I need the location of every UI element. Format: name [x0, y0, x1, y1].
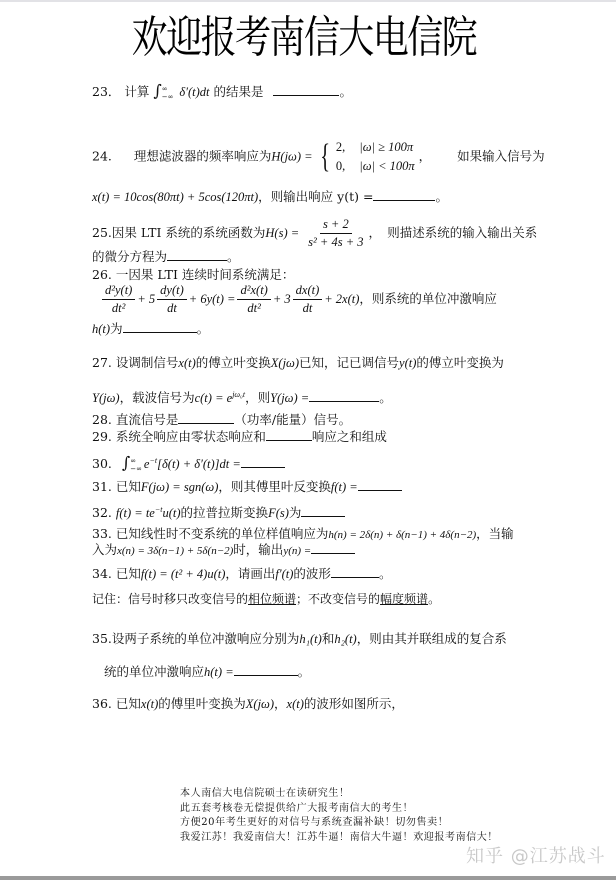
question-text: ，则系统的单位冲激响应	[359, 291, 497, 306]
math-expression: δ′(t)dt	[179, 85, 209, 99]
answer-blank[interactable]	[266, 428, 312, 441]
question-text: 的傅里叶变换为	[158, 696, 246, 711]
question-text: 设两子系统的单位冲激响应分别为	[112, 631, 300, 646]
question-number: 24.	[92, 149, 112, 164]
punctuation: 。	[298, 664, 311, 679]
answer-blank[interactable]	[301, 504, 345, 517]
question-text: 直流信号是	[116, 412, 179, 427]
integral-limits: ∞−∞	[162, 85, 174, 101]
question-text: 的结果是	[213, 84, 263, 99]
question-text: 已知	[116, 566, 141, 581]
question-30: 30. ∫∞−∞e−t[δ(t) + δ′(t)]dt =	[92, 452, 285, 473]
question-text: 为	[110, 321, 123, 336]
question-text: 已知	[116, 479, 141, 494]
top-border	[0, 0, 616, 2]
question-text: 设调制信号	[116, 355, 179, 370]
question-text: 为	[289, 505, 302, 520]
question-31: 31. 已知F(jω) = sgn(ω)，则其傅里叶反变换f(t) =	[92, 478, 402, 496]
question-26: 26. 一因果 LTI 连续时间系统满足：	[92, 266, 294, 284]
question-number: 34.	[92, 566, 112, 581]
question-number: 30.	[92, 456, 112, 471]
answer-blank[interactable]	[358, 478, 402, 491]
answer-blank[interactable]	[311, 541, 355, 554]
punctuation: 。	[379, 390, 392, 405]
question-35: 35.设两子系统的单位冲激响应分别为h₁(t)和h₂(t)，则由其并联组成的复合…	[92, 630, 507, 648]
question-24-line-2: x(t) = 10cos(80πt) + 5cos(120πt)，则输出响应 y…	[92, 188, 448, 206]
question-text: 已知线性时不变系统的单位样值响应为	[116, 526, 329, 541]
piecewise-definition: { 2,|ω| ≥ 100π 0,|ω| < 100π	[317, 138, 415, 176]
answer-blank[interactable]	[234, 663, 298, 676]
question-number: 32.	[92, 505, 112, 520]
question-number: 36.	[92, 696, 112, 711]
question-number: 23．	[92, 84, 120, 99]
question-text: 的微分方程为	[92, 249, 167, 264]
question-35-line-2: 统的单位冲激响应h(t) =。	[104, 663, 310, 681]
question-number: 31.	[92, 479, 112, 494]
punctuation: 。	[227, 249, 240, 264]
bottom-border	[0, 876, 616, 880]
question-text: 理想滤波器的频率响应为	[134, 149, 272, 164]
answer-blank[interactable]	[241, 455, 285, 468]
underlined-term-magnitude-spectrum: 幅度频谱	[380, 592, 428, 606]
question-number: 29.	[92, 429, 112, 444]
underlined-term-phase-spectrum: 相位频谱	[248, 592, 296, 606]
question-text: ，则	[245, 390, 270, 405]
answer-blank[interactable]	[167, 248, 227, 261]
question-number: 26.	[92, 267, 112, 282]
question-25-line-2: 的微分方程为。	[92, 248, 240, 266]
question-27-line-2: Y(jω)，载波信号为c(t) = ejω₀t，则Y(jω) =。	[92, 386, 392, 407]
integral-sign: ∫	[153, 81, 161, 100]
question-26-equation: d²y(t)dt²+ 5dy(t)dt+ 6y(t) =d²x(t)dt²+ 3…	[100, 283, 497, 316]
transfer-function-fraction: s + 2s² + 4s + 3	[305, 217, 366, 250]
page-title: 欢迎报考南信大电信院	[51, 8, 556, 68]
question-text: 和	[322, 631, 335, 646]
question-text: 统的单位冲激响应	[104, 664, 204, 679]
answer-blank[interactable]	[123, 320, 197, 333]
question-text: 已知，记已调信号	[299, 355, 399, 370]
footer-line: 本人南信大电信院硕士在读研究生！	[180, 787, 498, 802]
footer-line: 方便20年考生更好的对信号与系统查漏补缺！切勿售卖！	[180, 816, 498, 831]
question-text: 一因果 LTI 连续时间系统满足：	[116, 267, 295, 282]
question-text: 入为	[92, 542, 117, 557]
note-text: 记住：信号时移只改变信号的	[92, 592, 248, 606]
question-text: （功率/能量）信号。	[234, 412, 351, 427]
question-23: 23． 计算 ∫∞−∞ δ′(t)dt 的结果是 。	[92, 82, 352, 101]
question-36: 36. 已知x(t)的傅里叶变换为X(jω)，x(t)的波形如图所示，	[92, 695, 404, 713]
question-text: 已知	[116, 696, 141, 711]
question-text: 的波形如图所示，	[304, 696, 404, 711]
answer-blank[interactable]	[331, 565, 379, 578]
question-text: 的傅立叶变换	[196, 355, 271, 370]
punctuation: 。	[197, 321, 210, 336]
reminder-note: 记住：信号时移只改变信号的相位频谱；不改变信号的幅度频谱。	[92, 590, 440, 608]
punctuation: ，	[274, 696, 287, 711]
integral-limits: ∞−∞	[130, 457, 142, 473]
question-32: 32. f(t) = te−tu(t)的拉普拉斯变换F(s)为	[92, 501, 345, 522]
question-27: 27. 设调制信号x(t)的傅立叶变换X(jω)已知，记已调信号y(t)的傅立叶…	[92, 354, 504, 372]
question-29: 29. 系统全响应由零状态响应和响应之和组成	[92, 428, 387, 446]
question-number: 33.	[92, 526, 112, 541]
answer-blank[interactable]	[178, 411, 234, 424]
question-text: 如果输入信号为	[457, 149, 545, 164]
question-34: 34. 已知f(t) = (t² + 4)u(t)，请画出f′(t)的波形。	[92, 565, 391, 583]
answer-blank[interactable]	[273, 83, 339, 96]
zhihu-watermark: 知乎 @江苏战斗	[466, 842, 606, 868]
punctuation: 。	[339, 84, 352, 99]
question-text: 的傅立叶变换为	[416, 355, 504, 370]
question-number: 27.	[92, 355, 112, 370]
question-text: ，载波信号为	[120, 390, 195, 405]
punctuation: 。	[379, 566, 392, 581]
question-26-line-3: h(t)为。	[92, 320, 209, 338]
question-28: 28. 直流信号是（功率/能量）信号。	[92, 411, 351, 429]
answer-blank[interactable]	[373, 188, 435, 201]
question-number: 25.	[92, 225, 112, 240]
punctuation: 。	[435, 189, 448, 204]
question-text: ，则其傅里叶反变换	[218, 479, 331, 494]
math-expression: x(t) = 10cos(80πt) + 5cos(120πt)	[92, 190, 258, 204]
punctuation: 。	[428, 592, 440, 606]
question-number: 28.	[92, 412, 112, 427]
math-expression: H(jω) =	[271, 150, 312, 164]
question-25: 25.因果 LTI 系统的系统函数为H(s) = s + 2s² + 4s + …	[92, 217, 537, 250]
question-text: 的拉普拉斯变换	[181, 505, 269, 520]
integral-sign: ∫	[122, 453, 130, 472]
note-text: ；不改变信号的	[296, 592, 380, 606]
question-text: ， 则描述系统的输入输出关系	[369, 225, 538, 240]
question-text: 的波形	[293, 566, 331, 581]
math-expression: H(s) =	[265, 226, 299, 240]
footer-line: 此五套考核卷无偿提供给广大报考南信大的考生！	[180, 802, 498, 817]
question-text: 因果 LTI 系统的系统函数为	[112, 225, 266, 240]
author-footer: 本人南信大电信院硕士在读研究生！ 此五套考核卷无偿提供给广大报考南信大的考生！ …	[180, 787, 498, 845]
question-33-line-2: 入为x(n) = 3δ(n−1) + 5δ(n−2)时，输出y(n) =	[92, 541, 355, 560]
question-text: 时，输出	[233, 542, 283, 557]
question-text: 计算	[124, 84, 149, 99]
answer-blank[interactable]	[309, 389, 379, 402]
question-text: ，请画出	[225, 566, 275, 581]
footer-line: 我爱江苏！我爱南信大！江苏牛逼！南信大牛逼！欢迎报考南信大！	[180, 831, 498, 846]
question-text: 系统全响应由零状态响应和	[116, 429, 266, 444]
question-text: ，当输	[476, 526, 514, 541]
punctuation: ，	[419, 149, 432, 164]
question-number: 35.	[92, 631, 112, 646]
question-text: ，则输出响应 y(t) =	[258, 189, 373, 204]
question-24: 24. 理想滤波器的频率响应为H(jω) = { 2,|ω| ≥ 100π 0,…	[92, 138, 545, 176]
question-text: 响应之和组成	[312, 429, 387, 444]
question-text: ，则由其并联组成的复合系	[357, 631, 507, 646]
